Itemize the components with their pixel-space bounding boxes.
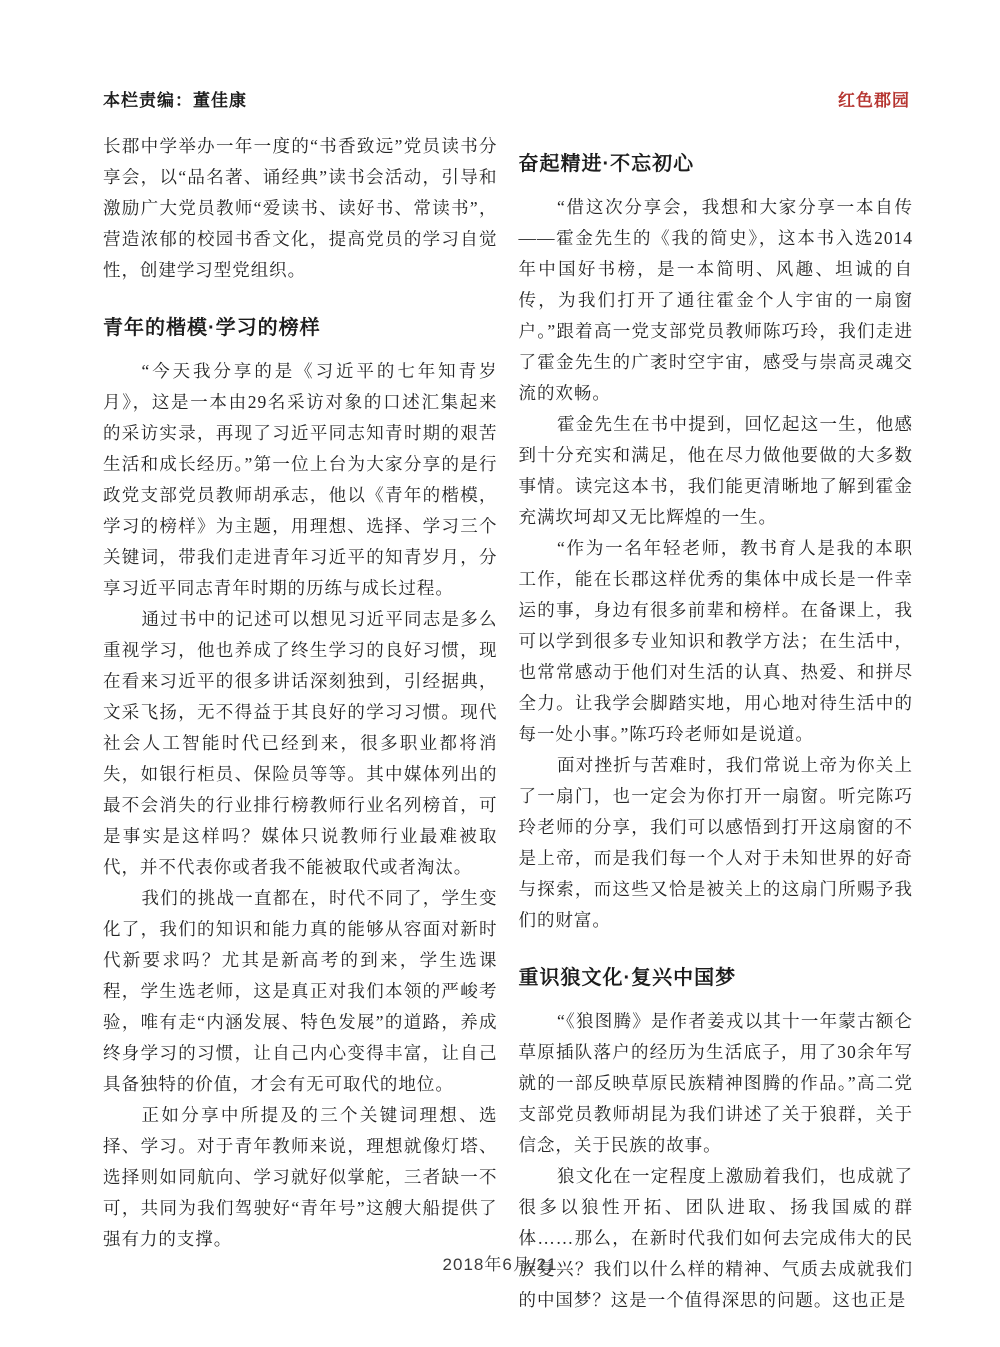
section-heading: 奋起精进·不忘初心: [519, 147, 914, 176]
section-heading: 重识狼文化·复兴中国梦: [519, 961, 914, 990]
paragraph: 我们的挑战一直都在，时代不同了，学生变化了，我们的知识和能力真的能够从容面对新时…: [103, 883, 498, 1100]
two-column-content: 长郡中学举办一年一度的“书香致远”党员读书分享会，以“品名著、诵经典”读书会活动…: [103, 131, 913, 1316]
right-column: 奋起精进·不忘初心 “借这次分享会，我想和大家分享一本自传——霍金先生的《我的简…: [519, 131, 914, 1316]
paragraph: “作为一名年轻老师，教书育人是我的本职工作，能在长郡这样优秀的集体中成长是一件幸…: [519, 533, 914, 750]
paragraph: “《狼图腾》是作者姜戎以其十一年蒙古额仑草原插队落户的经历为生活底子，用了30余…: [519, 1006, 914, 1161]
paragraph: “借这次分享会，我想和大家分享一本自传——霍金先生的《我的简史》，这本书入选20…: [519, 192, 914, 409]
section-heading: 青年的楷模·学习的榜样: [103, 311, 498, 340]
column-editor-label: 本栏责编：董佳康: [103, 86, 247, 111]
left-column: 长郡中学举办一年一度的“书香致远”党员读书分享会，以“品名著、诵经典”读书会活动…: [103, 131, 498, 1316]
paragraph: 长郡中学举办一年一度的“书香致远”党员读书分享会，以“品名著、诵经典”读书会活动…: [103, 131, 498, 286]
paragraph: 面对挫折与苦难时，我们常说上帝为你关上了一扇门，也一定会为你打开一扇窗。听完陈巧…: [519, 750, 914, 936]
page-number: 2018年6月/21: [443, 1255, 558, 1274]
paragraph: 正如分享中所提及的三个关键词理想、选择、学习。对于青年教师来说，理想就像灯塔、选…: [103, 1100, 498, 1255]
paragraph: 通过书中的记述可以想见习近平同志是多么重视学习，他也养成了终生学习的良好习惯，现…: [103, 604, 498, 883]
page-header: 本栏责编：董佳康 红色郡园: [103, 86, 910, 111]
paragraph: 狼文化在一定程度上激励着我们，也成就了很多以狼性开拓、团队进取、扬我国威的群体……: [519, 1161, 914, 1316]
paragraph: “今天我分享的是《习近平的七年知青岁月》，这是一本由29名采访对象的口述汇集起来…: [103, 356, 498, 604]
magazine-page: 本栏责编：董佳康 红色郡园 长郡中学举办一年一度的“书香致远”党员读书分享会，以…: [0, 0, 1000, 1347]
section-name: 红色郡园: [838, 86, 910, 111]
page-footer: 2018年6月/21: [0, 1250, 1000, 1275]
paragraph: 霍金先生在书中提到，回忆起这一生，他感到十分充实和满足，他在尽力做他要做的大多数…: [519, 409, 914, 533]
